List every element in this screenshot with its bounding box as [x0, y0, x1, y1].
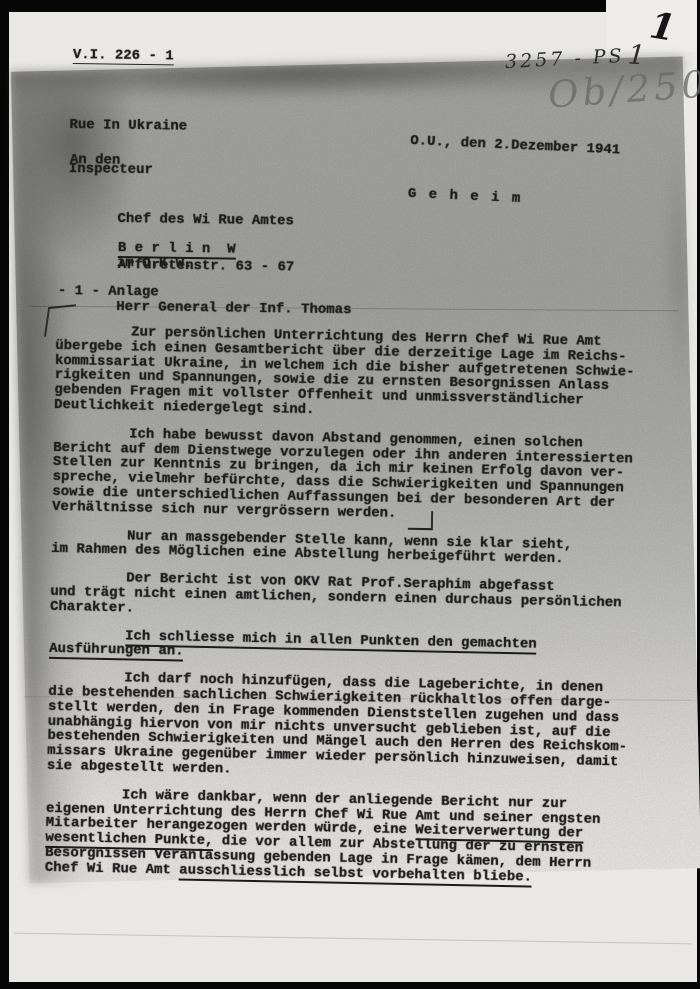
paragraph: Zur persönlichen Unterrichtung des Herrn… — [54, 324, 668, 425]
handwritten-paragraph-bracket-mark — [44, 304, 76, 337]
place-date: O.U., den 2.Dezember 1941 — [410, 134, 621, 158]
paragraph: Ich habe bewusst davon Abstand genommen,… — [52, 426, 666, 527]
recipient-city: B e r l i n W — [118, 241, 236, 257]
date-block: O.U., den 2.Dezember 1941 G e h e i m — [407, 104, 622, 226]
paragraph: Ich wäre dankbar, wenn der anliegende Be… — [45, 787, 659, 888]
scanned-document-page: { "page": { "corner_page_number": "1" },… — [0, 0, 700, 989]
text-segment: Charakter. — [50, 599, 134, 617]
file-reference-text: V.I. 226 - 1 — [73, 47, 174, 65]
recipient-street: Arfüretenstr. 63 - 67 — [118, 258, 295, 275]
text-segment: Chef Wi Rue Amt — [45, 860, 180, 879]
recipient-intro: An den — [70, 153, 121, 168]
paragraph: Ich darf noch hinzufügen, dass die Lageb… — [47, 670, 661, 786]
handwritten-checkoff-mark — [408, 511, 433, 530]
enclosure-note: - 1 - Anlage — [58, 284, 159, 300]
classification-geheim: G e h e i m — [408, 187, 619, 211]
text-segment: sie abgestellt werden. — [47, 758, 232, 778]
sender-unit: Rue In Ukraine — [69, 118, 187, 134]
file-reference: V.I. 226 - 1 — [73, 48, 174, 64]
paragraph: Nur an massgebender Stelle kann, wenn si… — [51, 527, 663, 569]
underlined-text-segment: Ausführungen an. — [49, 641, 184, 662]
letter-body: Zur persönlichen Unterrichtung des Herrn… — [44, 324, 667, 901]
recipient-line: Chef des Wi Rue Amtes — [117, 212, 352, 230]
paragraph: Der Bericht ist von OKV Rat Prof.Seraphi… — [50, 570, 663, 627]
paragraph: Ich schliesse mich in allen Punkten den … — [49, 627, 661, 669]
sender-block: Rue In Ukraine Inspecteur — [69, 88, 188, 193]
recipient-line: Herr General der Inf. Thomas — [116, 300, 351, 318]
